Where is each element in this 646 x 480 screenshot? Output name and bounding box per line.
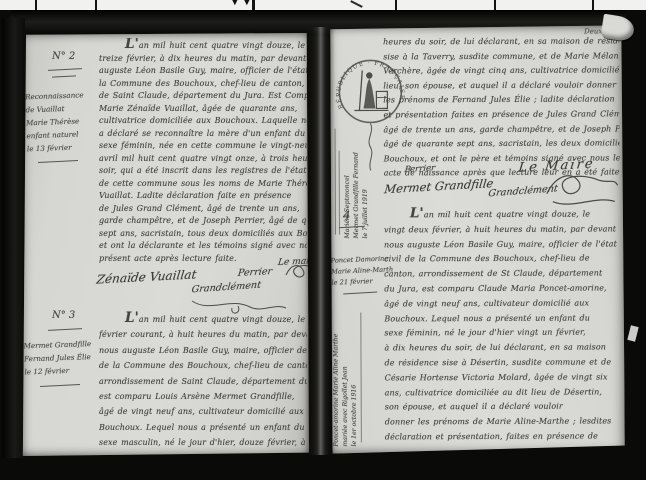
film-frame-tick [252,0,255,10]
book-cover-left-edge [2,18,25,458]
film-frame-tick [494,0,496,10]
signature-declarant: Zénaïde Vuaillat [96,267,198,286]
illegible-stamp-line [339,151,340,235]
film-frame-tick [592,0,594,10]
mayor-paraph-flourish [543,167,621,209]
flourish-rule [40,384,80,387]
act-2-margin-note: Reconnaissancede VuaillatMarie Thérèseen… [25,88,105,156]
film-frame-tick [95,0,97,10]
signature-witness-perrier: Perrier [404,163,436,175]
page-edge-sliver [627,325,638,341]
act-2-body: L'an mil huit cent quatre vingt douze, l… [99,38,307,265]
film-strip: ▼ ▼ [0,0,646,10]
flourish-rule [343,292,377,295]
frame-arrow-icon: ▼ [231,0,239,7]
signature-witness-perrier: Perrier [237,266,273,279]
act-3-body: L'an mil huit cent quatre vingt douze, l… [99,311,307,451]
flourish-rule [48,68,82,71]
flourish-rule [48,328,82,331]
page-corner-curl [600,14,635,43]
film-frame-tick [395,0,397,10]
film-scratch-mark [350,0,362,8]
mayor-paraph-flourish [284,261,309,283]
act-4-body: L'an mil huit cent quatre vingt douze, l… [384,205,621,445]
illegible-stamp-line [360,312,362,442]
act-4-marriage-mention: Poncet-amorine Marie Aline Marthemariée … [331,298,374,446]
act-3-marriage-mention: Marié à SeptmoncelMermet Grandfille Fern… [332,118,379,238]
act-2-number: N° 2 [52,51,75,62]
microfilm-register-scan: ▼ ▼ N° 2 Reconnaissancede VuaillatMarie … [0,0,646,480]
act-4-number: 4 [343,209,351,223]
left-page: N° 2 Reconnaissancede VuaillatMarie Thér… [22,33,309,456]
flourish-rule [52,75,76,77]
signature-witness-grandclement: Grandclément [191,280,262,296]
right-page: Deux RÉPUBLIQUE · FRANÇAISE Marié à Sept… [330,25,625,453]
act-3-margin-note: Mermet GrandfilleFernand Jules Éliele 12… [23,337,106,379]
frame-arrow-icon: ▼ [243,0,251,7]
act-3-number: N° 3 [52,310,75,321]
illegible-stamp-line [335,129,336,235]
film-frame-tick [35,0,37,10]
flourish-rule [38,160,78,163]
